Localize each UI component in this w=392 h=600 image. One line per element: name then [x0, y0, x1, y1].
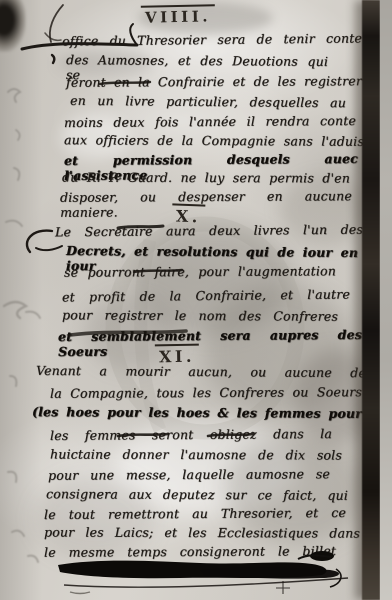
- manuscript-line: huictaine donner l'aumosne de dix sols: [50, 446, 342, 462]
- page-numeral-heading: VIIII.: [141, 4, 215, 27]
- adjacent-page-strip: [380, 0, 392, 600]
- manuscript-line: du R. P. Guard. ne luy sera permis d'en: [62, 169, 350, 185]
- manuscript-line: les femmes seront obligez dans la: [50, 426, 332, 443]
- manuscript-line: pour les Laics; et les Ecclesiastiques d…: [44, 524, 360, 540]
- manuscript-line: le tout remettront au Thresorier, et ce: [44, 505, 346, 522]
- manuscript-line: pour registrer le nom des Confreres: [62, 307, 338, 323]
- manuscript-line: office du Thresorier sera de tenir conte: [62, 30, 362, 48]
- manuscript-line: feront en la Confrairie et de les regist…: [66, 73, 362, 90]
- manuscript-line: consignera aux deputez sur ce faict, qui: [46, 486, 348, 503]
- book-gutter-edge: [362, 0, 380, 600]
- manuscript-line: la Compagnie, tous les Confreres ou Soeu…: [50, 384, 362, 401]
- manuscript-line: et profit de la Confrairie, et l'autre: [62, 286, 350, 304]
- quill-flourish-top-left: [45, 5, 63, 42]
- manuscript-line: moins deux fois l'année il rendra conte: [64, 113, 356, 130]
- manuscript-line: le mesme temps consigneront le billet: [44, 543, 336, 560]
- manuscript-line: et semblablement sera aupres des Soeurs: [58, 327, 362, 359]
- manuscript-page-scan: VIIII. office du Thresorier sera de teni…: [0, 0, 392, 600]
- manuscript-line: aux officiers de la Compagnie sans l'adu…: [64, 132, 364, 149]
- manuscript-line: pour une messe, laquelle aumosne se: [48, 466, 330, 482]
- manuscript-line: disposer, ou despenser en aucune maniere…: [60, 188, 352, 220]
- corner-ink-stain: [0, 0, 26, 52]
- manuscript-line: en un livre particulier, desquelles au: [70, 93, 346, 110]
- bleed-through-ghost-marks: [4, 89, 40, 562]
- manuscript-line: Venant a mourir aucun, ou aucune de: [36, 363, 366, 380]
- manuscript-line: Le Secretaire aura deux livres l'un des: [55, 222, 363, 240]
- manuscript-line: (les hoes pour les hoes & les femmes pou…: [32, 404, 362, 421]
- manuscript-line: se pourront faire, pour l'augmentation: [64, 263, 336, 279]
